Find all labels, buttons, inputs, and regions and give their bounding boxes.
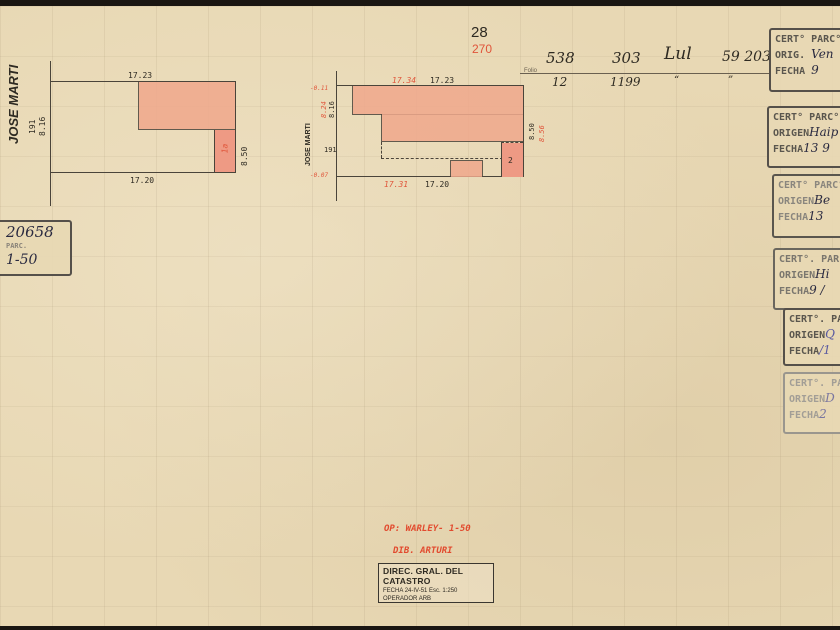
record-sub-2: 1199 xyxy=(610,75,641,89)
cert-stamp-3-title: CERT° PARC° xyxy=(778,179,840,193)
street-line-right xyxy=(336,71,337,201)
cert-stamp-3-fecha-value: 13 xyxy=(808,209,823,223)
dim-top-right-red: 17.34 xyxy=(392,76,416,85)
cert-stamp-6-fecha-value: 2 xyxy=(819,407,827,421)
dim-right-right-red: 8.56 xyxy=(538,125,546,142)
record-entry-1: 538 xyxy=(546,49,575,67)
parcel-stamp-left: 20658 PARC. 1-50 xyxy=(0,220,72,276)
dim-top-left: 17.23 xyxy=(128,71,152,80)
cert-stamp-5-fecha-label: FECHA xyxy=(789,346,819,357)
cert-stamp-6-origen-value: D xyxy=(825,391,835,405)
shed-area xyxy=(450,160,483,177)
scan-edge-bottom xyxy=(0,626,840,630)
dashed-line xyxy=(381,158,503,159)
corner-top-red: -0.11 xyxy=(310,85,328,92)
cert-stamp-1-fecha-label: FECHA xyxy=(775,66,805,77)
catastro-stamp-title: DIREC. GRAL. DEL CATASTRO xyxy=(383,566,489,586)
cert-stamp-2-origen-value: Haip xyxy=(809,125,838,139)
cert-stamp-1: CERT° PARC° N ORIG. Ven FECHA 9 xyxy=(769,28,840,92)
operator-note: OP: WARLEY- 1-50 xyxy=(384,524,471,534)
cert-stamp-2: CERT° PARC° N ORIGENHaip FECHA13 9 xyxy=(767,106,840,168)
built-area-rear xyxy=(381,114,523,142)
parcel-stamp-number: 20658 xyxy=(6,225,66,239)
street-line xyxy=(50,61,51,206)
cert-stamp-1-origen-value: Ven xyxy=(811,47,833,61)
dim-top-right: 17.23 xyxy=(430,76,454,85)
cert-stamp-1-fecha-value: 9 xyxy=(811,63,819,77)
dim-left-right: 8.16 xyxy=(328,101,336,118)
parcel-top-edge-right xyxy=(336,85,524,86)
catastro-fecha-label: FECHA xyxy=(383,588,403,594)
draftsman-note: DIB. ARTURI xyxy=(393,546,453,556)
cert-stamp-4-fecha-value: 9 / xyxy=(809,283,825,297)
cert-stamp-4-origen-value: Hi xyxy=(815,267,829,281)
street-number-right: 191 xyxy=(324,146,337,154)
cert-stamp-6-origen-label: ORIGEN xyxy=(789,394,825,405)
cert-stamp-4-origen-label: ORIGEN xyxy=(779,270,815,281)
parcel-stamp-label: PARC. xyxy=(6,239,66,253)
sheet-number: 28 xyxy=(471,24,488,41)
dim-left-right-red: 8.24 xyxy=(320,101,328,118)
cert-stamp-5-origen-label: ORIGEN xyxy=(789,330,825,341)
cert-stamp-6: CERT°. PAR ORIGEND FECHA2 xyxy=(783,372,840,434)
cert-stamp-3-origen-value: Be xyxy=(814,193,830,207)
dim-right-left: 8.50 xyxy=(240,147,249,166)
street-label-right: JOSE MARTI xyxy=(305,123,312,166)
cert-stamp-4-title: CERT°. PARC xyxy=(779,253,839,267)
record-sub-1: 12 xyxy=(552,75,567,89)
dim-bottom-right: 17.20 xyxy=(425,180,449,189)
record-entry-3: Lul xyxy=(664,44,692,64)
cert-stamp-2-fecha-label: FECHA xyxy=(773,144,803,155)
cert-stamp-5-fecha-value: /1 xyxy=(819,343,831,357)
cert-stamp-3: CERT° PARC° ORIGENBe FECHA13 xyxy=(772,174,840,238)
parcel-right-edge-right xyxy=(523,85,524,177)
cert-stamp-3-fecha-label: FECHA xyxy=(778,212,808,223)
catastro-fecha-value: 24-IV-51 xyxy=(405,588,428,594)
catastro-scale: Esc. 1:250 xyxy=(429,588,457,594)
cert-stamp-5: CERT°. PAR ORIGENQ FECHA/1 xyxy=(783,308,840,366)
dashed-vertical xyxy=(381,142,382,158)
cert-stamp-2-origen-label: ORIGEN xyxy=(773,128,809,139)
dim-bottom-left: 17.20 xyxy=(130,176,154,185)
record-sub-3: “ xyxy=(674,75,679,86)
cert-stamp-6-title: CERT°. PAR xyxy=(789,377,839,391)
street-number-left: 191 xyxy=(28,120,37,134)
cert-stamp-6-fecha-label: FECHA xyxy=(789,410,819,421)
sheet-number-red: 270 xyxy=(472,42,492,56)
dim-bottom-right-red: 17.31 xyxy=(384,180,408,189)
cert-stamp-4: CERT°. PARC ORIGENHi FECHA9 / xyxy=(773,248,840,310)
dim-right-right: 8.50 xyxy=(528,123,536,140)
street-label-left: JOSE MARTI xyxy=(6,65,21,144)
cert-stamp-1-title: CERT° PARC° N xyxy=(775,33,840,47)
catastro-official-stamp: DIREC. GRAL. DEL CATASTRO FECHA 24-IV-51… xyxy=(378,563,494,603)
corner-bottom-red: -0.07 xyxy=(310,172,328,179)
cadastral-sheet: 28 270 Folio 538 303 Lul 59 203 12 1199 … xyxy=(0,6,840,626)
parcel-label-left: 1a xyxy=(220,144,229,154)
record-sub-4: ” xyxy=(728,75,733,86)
parcel-label-right: 2 xyxy=(508,156,513,165)
cert-stamp-2-title: CERT° PARC° N xyxy=(773,111,840,125)
cert-stamp-5-origen-value: Q xyxy=(825,327,835,341)
dim-left-left: 8.16 xyxy=(38,117,47,136)
cert-stamp-2-fecha-value: 13 9 xyxy=(803,141,830,155)
built-area-front xyxy=(352,85,523,115)
cert-stamp-3-origen-label: ORIGEN xyxy=(778,196,814,207)
cert-stamp-1-origen-label: ORIG. xyxy=(775,50,805,61)
catastro-operador-label: OPERADOR xyxy=(383,596,417,602)
parcel-stamp-code: 1-50 xyxy=(6,253,66,267)
catastro-operador-value: ARB xyxy=(419,596,431,602)
cert-stamp-5-title: CERT°. PAR xyxy=(789,313,839,327)
record-entry-4: 59 203 xyxy=(722,49,771,65)
parcel-bottom-edge-right xyxy=(336,176,524,177)
cert-stamp-4-fecha-label: FECHA xyxy=(779,286,809,297)
parcel-right-edge xyxy=(235,81,236,173)
record-entry-2: 303 xyxy=(612,49,641,67)
parcel-bottom-edge xyxy=(50,172,236,173)
built-area-main xyxy=(138,82,235,130)
